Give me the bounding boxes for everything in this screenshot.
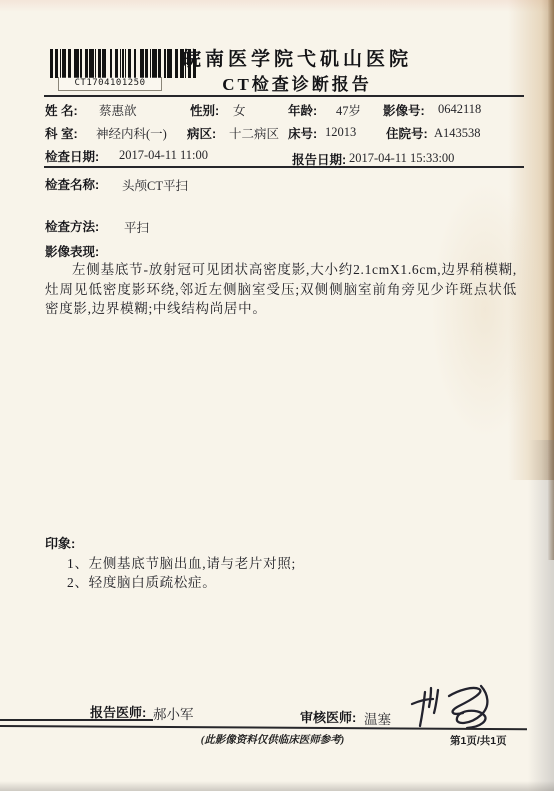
report-date: 2017-04-11 15:33:00	[349, 151, 454, 166]
exam-name-label: 检查名称:	[45, 175, 99, 193]
review-doctor-name: 温塞	[364, 708, 391, 728]
dept: 神经内科(一)	[96, 124, 167, 142]
paper-shading-corner	[528, 440, 554, 791]
disclaimer-note: (此影像资料仅供临床医师参考)	[45, 732, 500, 747]
findings-text: 左侧基底节-放射冠可见团状高密度影,大小约2.1cmX1.6cm,边界稍模糊,灶…	[45, 260, 517, 319]
patient-sex: 女	[233, 101, 246, 119]
page-indicator: 第1页/共1页	[450, 733, 507, 748]
impression-item: 1、左侧基底节脑出血,请与老片对照;	[67, 554, 497, 574]
image-no-label: 影像号:	[383, 101, 425, 119]
doctor-signature	[405, 680, 500, 732]
paper-shading-top	[0, 0, 554, 12]
footer-line-fragment	[0, 719, 153, 721]
divider-top	[44, 95, 524, 97]
divider-mid	[44, 166, 524, 168]
exam-date: 2017-04-11 11:00	[119, 148, 208, 163]
age-label: 年龄:	[288, 101, 317, 119]
report-doctor-name: 郝小军	[153, 703, 194, 723]
admission-no: A143538	[434, 126, 481, 141]
review-doctor-label: 审核医师:	[300, 707, 356, 726]
ct-report-page: CT1704101250 皖南医学院弋矶山医院 CT检查诊断报告 姓 名: 蔡惠…	[0, 0, 554, 791]
paper-edge-right	[548, 0, 554, 560]
image-no: 0642118	[438, 102, 481, 117]
exam-name: 头颅CT平扫	[122, 176, 188, 194]
findings-label: 影像表现:	[45, 242, 99, 260]
exam-method-label: 检查方法:	[45, 217, 99, 235]
ward-label: 病区:	[187, 124, 216, 142]
impression-item: 2、轻度脑白质疏松症。	[67, 573, 497, 593]
bed-label: 床号:	[288, 124, 317, 142]
name-label: 姓 名:	[45, 101, 78, 119]
admission-no-label: 住院号:	[386, 124, 428, 142]
report-title: CT检查诊断报告	[60, 70, 534, 95]
exam-date-label: 检查日期:	[45, 147, 99, 165]
patient-age: 47岁	[336, 101, 361, 119]
ward: 十二病区	[229, 124, 279, 142]
paper-shading-bottom	[0, 781, 554, 791]
hospital-name: 皖南医学院弋矶山医院	[60, 44, 534, 71]
exam-method: 平扫	[124, 218, 149, 236]
bed-no: 12013	[325, 125, 356, 140]
impression-label: 印象:	[45, 533, 75, 552]
dept-label: 科 室:	[45, 124, 78, 142]
patient-name: 蔡惠歆	[99, 101, 137, 119]
sex-label: 性别:	[190, 101, 219, 119]
